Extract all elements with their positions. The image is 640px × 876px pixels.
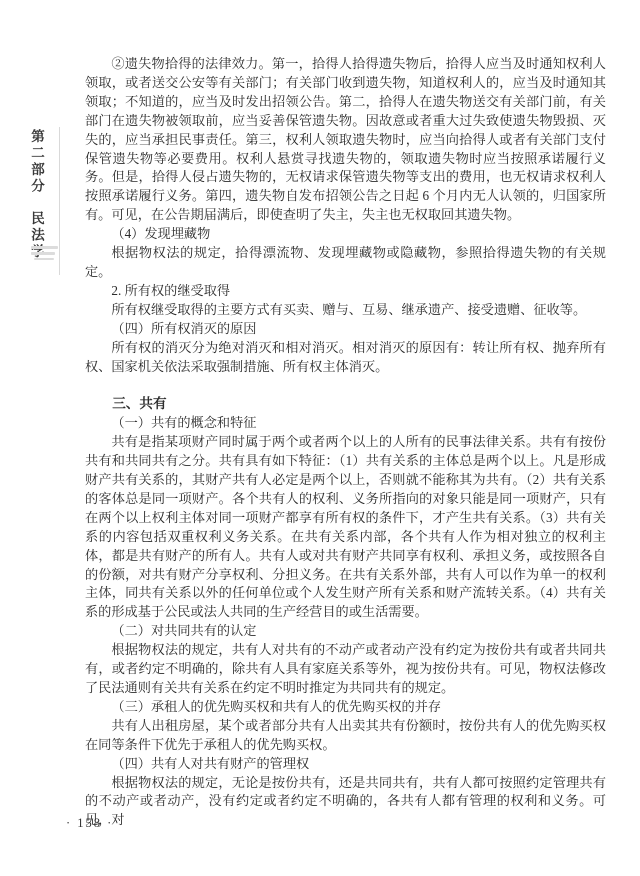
scan-bleed-smudge [31, 246, 58, 249]
page-number: · 158 · [66, 816, 113, 831]
paragraph: 共有人出租房屋，某个或者部分共有人出卖其共有份额时，按份共有人的优先购买权在同等… [85, 717, 606, 755]
page-body: ②遗失物拾得的法律效力。第一，拾得人拾得遗失物后，拾得人应当及时通知权利人领取，… [85, 55, 606, 830]
section-heading: 三、共有 [85, 395, 606, 414]
paragraph: 共有是指某项财产同时属于两个或者两个以上的人所有的民事法律关系。共有有按份共有和… [85, 433, 606, 622]
paragraph: （四）所有权消灭的原因 [85, 320, 606, 339]
paragraph: （三）承租人的优先购买权和共有人的优先购买权的并存 [85, 698, 606, 717]
paragraph: （二）对共同共有的认定 [85, 622, 606, 641]
margin-tab-part-label: 第二部分 [29, 129, 44, 195]
paragraph: 根据物权法的规定，无论是按份共有，还是共同共有，共有人都可按照约定管理共有的不动… [85, 774, 606, 831]
paragraph: 所有权的消灭分为绝对消灭和相对消灭。相对消灭的原因有：转让所有权、抛弃所有权、国… [85, 339, 606, 377]
paragraph: （4）发现埋藏物 [85, 225, 606, 244]
paragraph: 根据物权法的规定，共有人对共有的不动产或者动产没有约定为按份共有或者共同共有，或… [85, 641, 606, 698]
paragraph: ②遗失物拾得的法律效力。第一，拾得人拾得遗失物后，拾得人应当及时通知权利人领取，… [85, 55, 606, 225]
margin-tab: 第二部分民法学 [29, 129, 44, 261]
scan-bleed-smudge [31, 252, 55, 255]
scan-bleed-line [59, 127, 60, 275]
paragraph: （一）共有的概念和特征 [85, 414, 606, 433]
paragraph: （四）共有人对共有财产的管理权 [85, 755, 606, 774]
paragraph: 根据物权法的规定，拾得漂流物、发现埋藏物或隐藏物，参照拾得遗失物的有关规定。 [85, 244, 606, 282]
paragraph: 2. 所有权的继受取得 [85, 282, 606, 301]
paragraph: 所有权继受取得的主要方式有买卖、赠与、互易、继承遗产、接受遗赠、征收等。 [85, 301, 606, 320]
scan-bleed-smudge [34, 258, 54, 260]
book-page: 第二部分民法学 ②遗失物拾得的法律效力。第一，拾得人拾得遗失物后，拾得人应当及时… [0, 0, 640, 876]
